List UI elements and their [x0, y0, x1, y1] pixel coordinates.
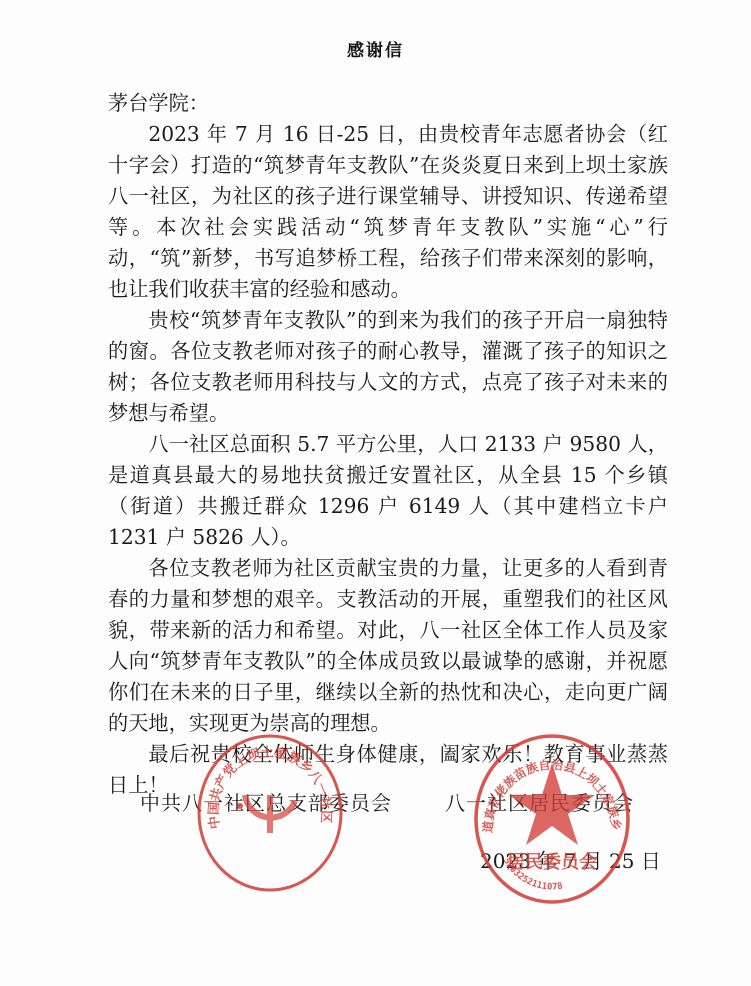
letter-title: 感谢信 [0, 36, 751, 61]
paragraph-2: 贵校“筑梦青年支教队”的到来为我们的孩子开启一扇独特的窗。各位支教老师对孩子的耐… [108, 305, 668, 429]
salutation: 茅台学院： [108, 88, 668, 119]
paragraph-3: 八一社区总面积 5.7 平方公里，人口 2133 户 9580 人，是道真县最大… [108, 429, 668, 553]
hammer-sickle-icon [245, 795, 295, 833]
svg-text:居民委员会: 居民委员会 [507, 851, 597, 873]
party-seal-icon: 中国共产党上坝土家族乡八一社区总支部委员会 [195, 733, 345, 893]
paragraph-4: 各位支教老师为社区贡献宝贵的力量，让更多的人看到青春的力量和梦想的艰辛。支教活动… [108, 553, 668, 739]
letter-body: 茅台学院： 2023 年 7 月 16 日-25 日，由贵校青年志愿者协会（红十… [108, 88, 668, 801]
committee-seal-icon: 道真仡佬族苗族自治县上坝土家族乡八一社区 居民委员会 5203252111078 [472, 733, 632, 905]
letter-page: 感谢信 茅台学院： 2023 年 7 月 16 日-25 日，由贵校青年志愿者协… [0, 0, 751, 986]
paragraph-1: 2023 年 7 月 16 日-25 日，由贵校青年志愿者协会（红十字会）打造的… [108, 119, 668, 305]
